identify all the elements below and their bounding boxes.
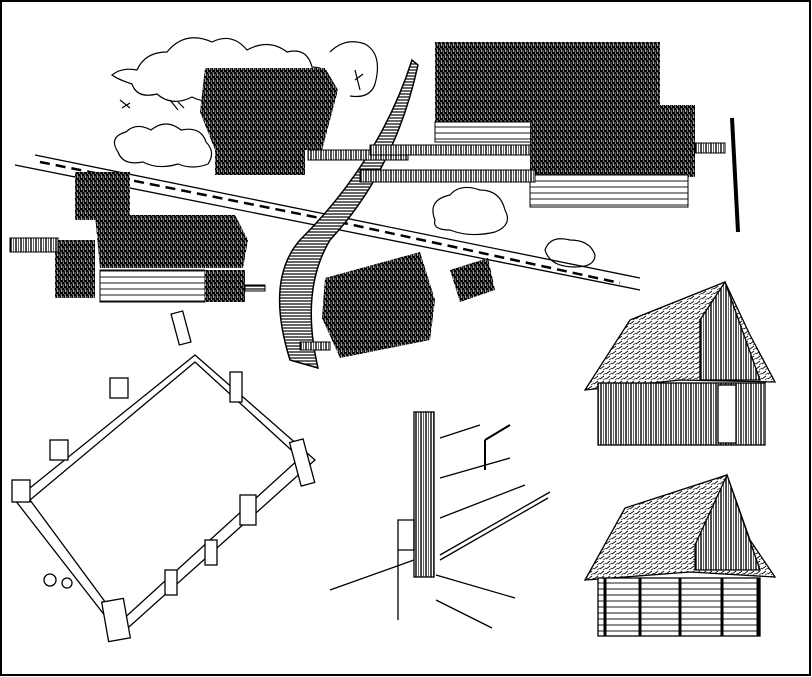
palisade-enclosure [12, 311, 315, 642]
house-icon [200, 68, 408, 175]
wall-construction-detail [330, 412, 550, 628]
house-horizontal-planks [585, 475, 775, 636]
village-overview [10, 38, 738, 368]
house-vertical-planks [585, 282, 775, 445]
illustration [0, 0, 812, 677]
house-icon [10, 172, 265, 302]
house-icon [300, 252, 495, 358]
